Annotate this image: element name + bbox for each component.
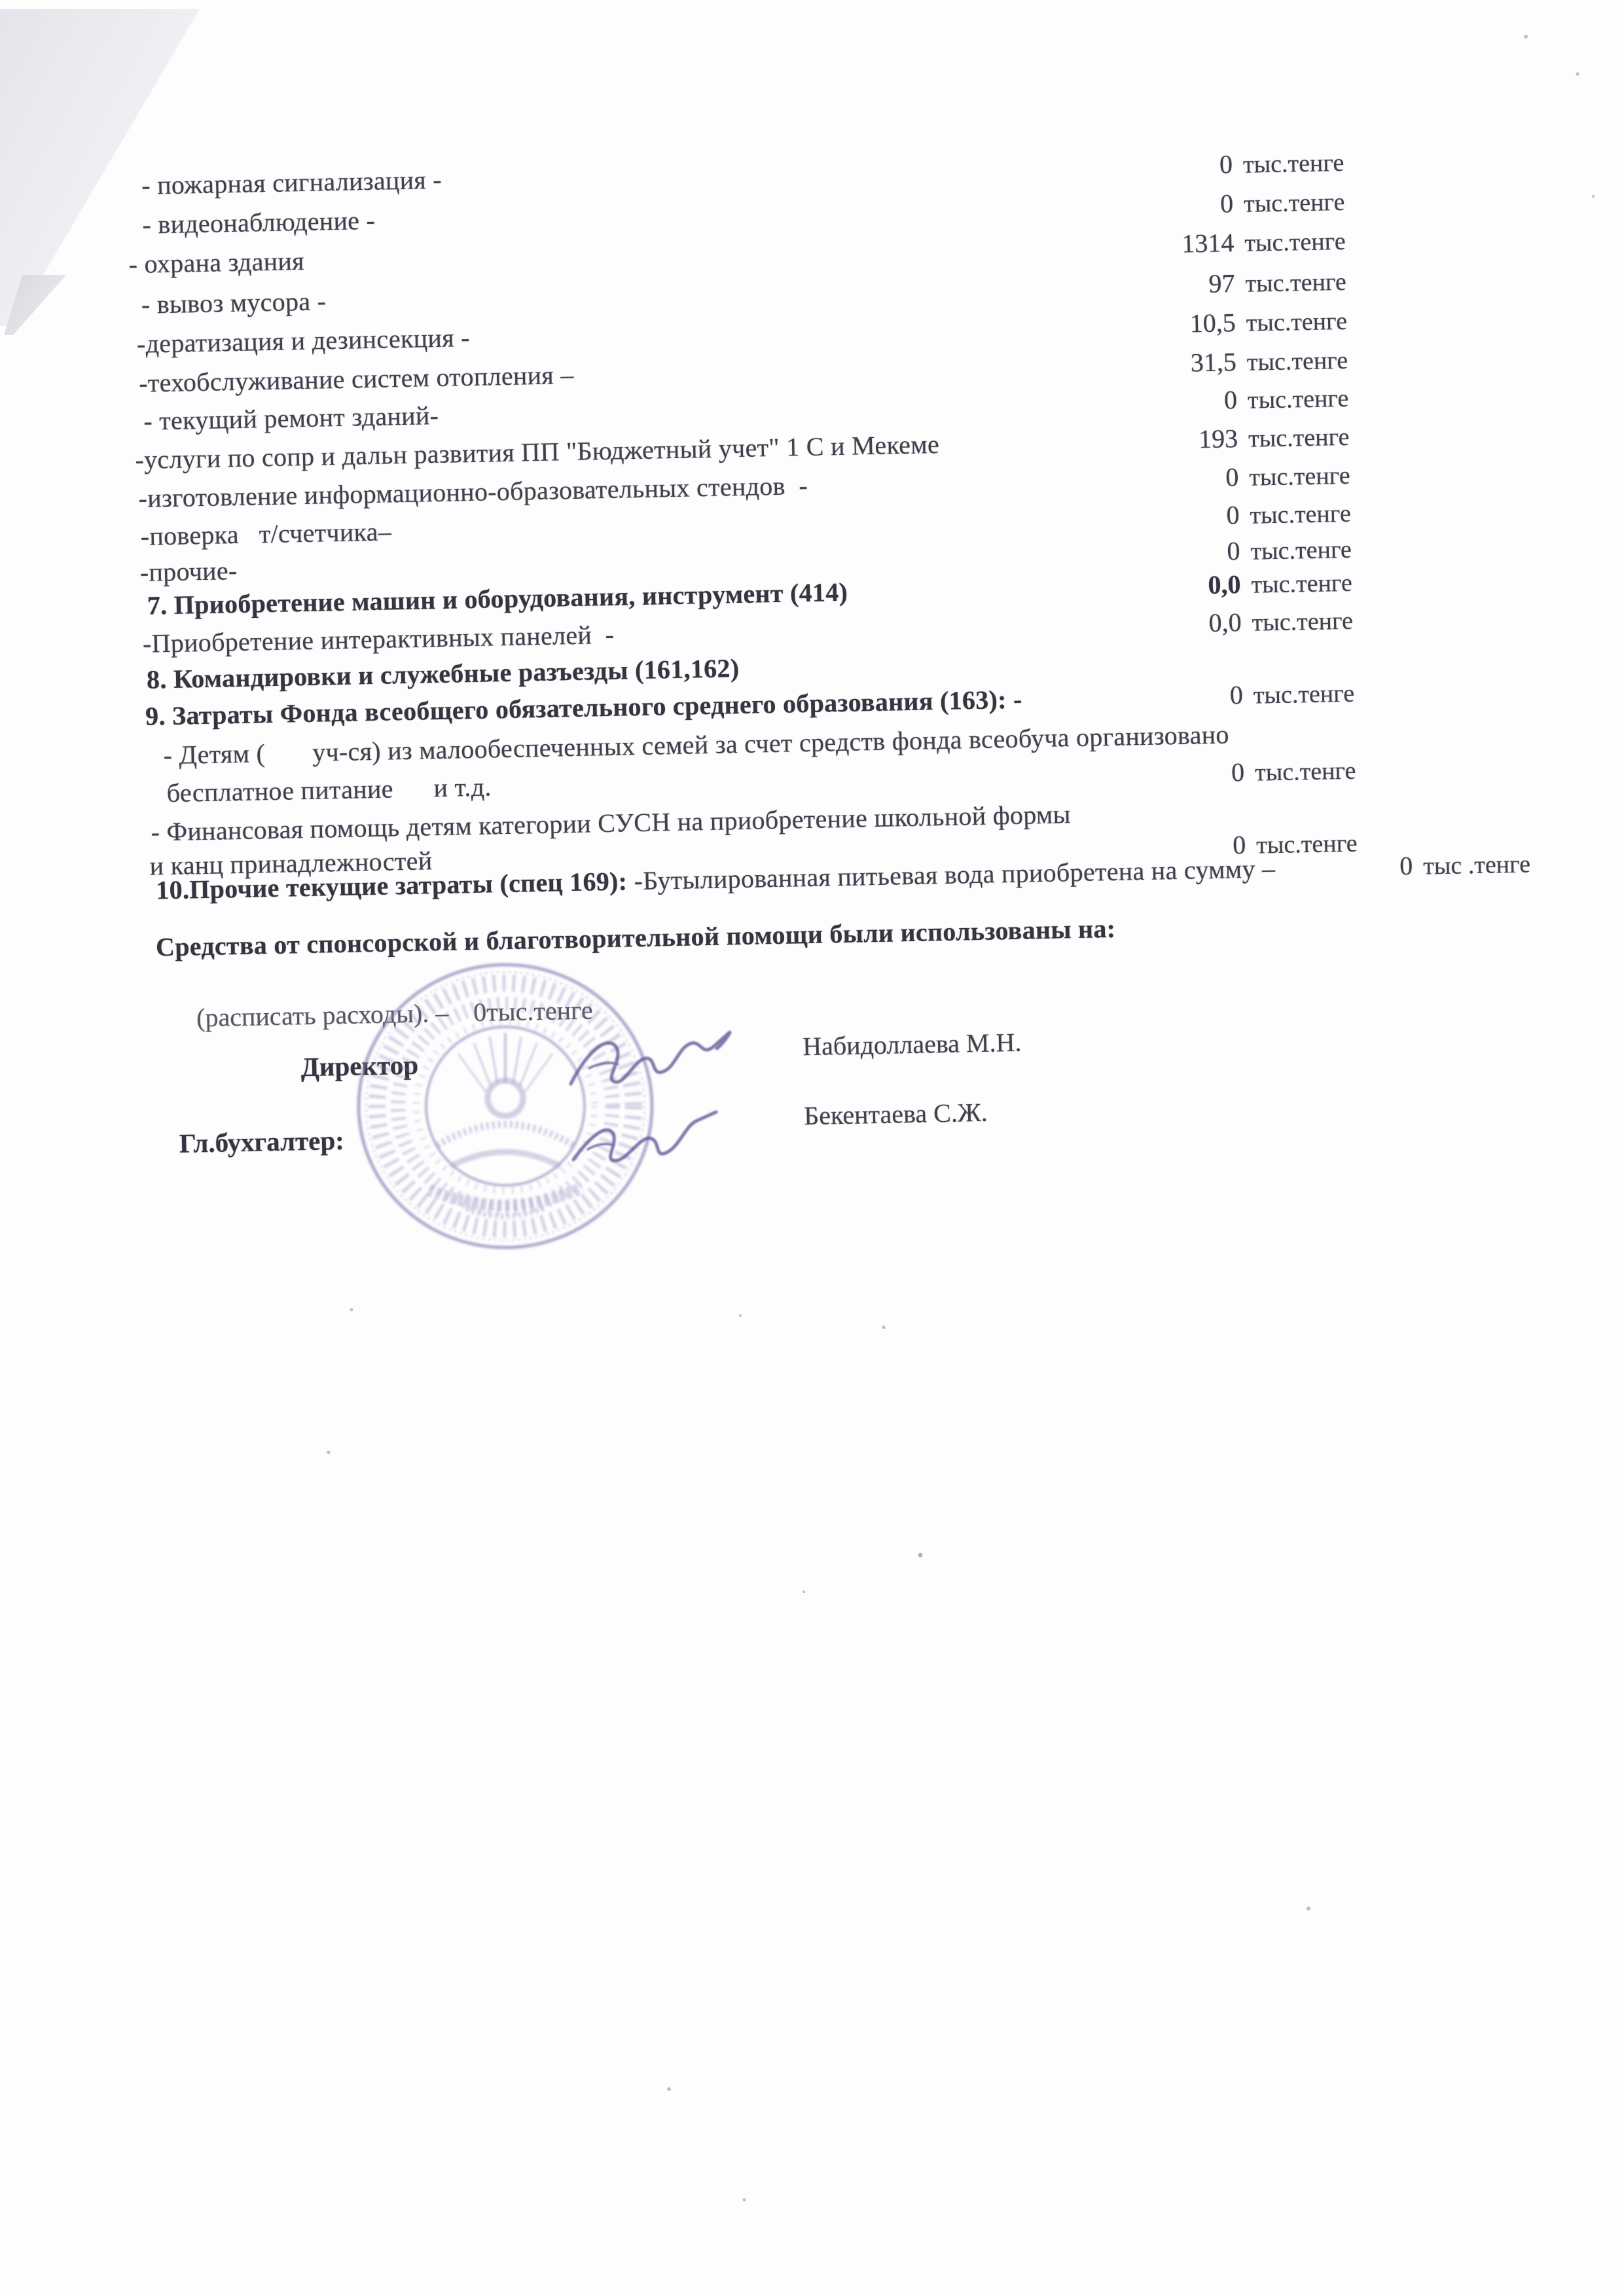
expense-label: -техобслуживание систем отопления – [4,359,574,401]
expense-value: 0 [1108,499,1240,533]
expense-label: - пожарная сигнализация - [0,164,442,204]
expense-unit: тыс.тенге [1243,149,1346,179]
spacer [740,670,1111,677]
expense-unit: тыс .тенге [1423,850,1531,880]
expense-unit: тыс.тенге [1253,679,1356,710]
expense-value [1115,819,1246,822]
expense-value: 0,0 [1110,607,1242,640]
expense-label: - охрана здания [1,245,304,282]
expense-unit [1377,738,1479,740]
expense-unit: тыс.тенге [1245,268,1348,298]
accountant-title: Гл.бухгалтер: [179,1124,344,1159]
expense-label: - видеонаблюдение - [1,205,376,243]
spacer [375,215,1102,229]
expense-label: -изготовление информационно-образователь… [6,470,808,516]
expense-unit [1256,817,1358,819]
spacer [808,488,1108,494]
spacer [442,175,1102,188]
expense-unit [1253,665,1355,667]
expense-value: 1314 [1103,227,1235,260]
expense-value: 31,5 [1105,346,1236,380]
spacer [939,450,1107,453]
scanned-financial-report-page: - пожарная сигнализация -0тыс.тенге- вид… [0,0,1624,2296]
expense-unit: тыс.тенге [1244,227,1347,258]
expense-unit: тыс.тенге [1255,757,1358,787]
spacer [848,596,1110,601]
expense-unit: тыс.тенге [1248,384,1350,415]
spacer [615,634,1111,643]
expense-unit: тыс.тенге [1248,423,1351,454]
expense-unit: тыс.тенге [1252,607,1354,637]
expense-value: 0,0 [1110,569,1241,602]
expense-unit: тыс.тенге [1249,461,1352,492]
expense-label: -поверка т/счетчика– [7,516,391,554]
spacer [304,254,1104,270]
expense-unit: тыс.тенге [1244,188,1346,219]
expense-unit: тыс.тенге [1251,569,1354,600]
spacer [1071,822,1115,823]
expense-label: бесплатное питание и т.д. [12,771,492,811]
expense-label: -Приобретение интерактивных панелей - [9,619,615,662]
expense-unit: тыс.тенге [1250,499,1352,530]
director-title: Директор [300,1049,418,1083]
expense-unit: тыс.тенге [1246,346,1349,377]
expense-label: -прочие- [7,555,238,590]
expense-value [1111,667,1242,670]
expense-label: - вывоз мусора - [2,285,326,323]
expense-value: 0 [1282,850,1413,884]
spacer [391,526,1108,540]
spacer [492,783,1114,796]
expense-unit: тыс.тенге [1250,535,1353,566]
expense-value: 0 [1109,535,1240,569]
spacer [326,295,1104,310]
expense-rows: - пожарная сигнализация -0тыс.тенге- вид… [0,0,1620,1]
expense-value [1236,740,1367,743]
director-name: Набидоллаева М.Н. [803,1027,1022,1062]
expenses-note-value: 0тыс.тенге [473,996,593,1028]
spacer [1022,706,1112,708]
expense-value: 0 [1106,384,1238,418]
expense-label: -дератизация и дезинсекция - [3,322,471,362]
expense-value: 0 [1108,461,1239,495]
expense-value: 0 [1111,679,1243,713]
expense-unit: тыс.тенге [1246,307,1348,338]
sponsor-funds-heading: Средства от спонсорской и благотворитель… [156,913,1116,963]
expense-value: 0 [1102,149,1233,182]
spacer [470,334,1105,346]
expense-value: 10,5 [1104,307,1236,340]
expenses-note-label: (расписать расходы). – [196,998,449,1033]
expense-label: - текущий ремонт зданий- [5,400,439,439]
expense-value: 0 [1113,757,1245,790]
typed-content: - пожарная сигнализация -0тыс.тенге- вид… [0,0,1624,2296]
expense-value: 193 [1107,423,1238,456]
accountant-name: Бекентаева С.Ж. [804,1097,988,1131]
expense-value: 97 [1104,268,1235,301]
expense-value: 0 [1102,188,1234,221]
spacer [439,411,1106,424]
spacer [574,373,1106,384]
